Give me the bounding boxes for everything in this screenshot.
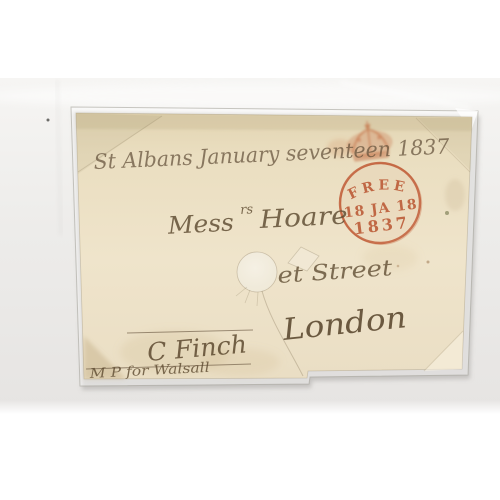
backdrop-speck [47,119,50,122]
auction-photo-page: FREE 18 JA 18 1837 St Albans January sev… [0,0,500,500]
cover-photo: FREE 18 JA 18 1837 St Albans January sev… [0,0,500,500]
addressee-name: Hoare [258,200,349,234]
paper-stain [445,179,465,211]
paper-speck [397,265,400,268]
addressee-prefix: Mess [166,208,234,239]
wafer-seal [237,252,277,292]
backdrop-highlight [0,84,500,108]
paper-speck [445,211,449,215]
photo-bottom-fade [0,400,500,414]
addressee-superscript: rs [240,202,254,218]
paper-speck [427,261,430,264]
